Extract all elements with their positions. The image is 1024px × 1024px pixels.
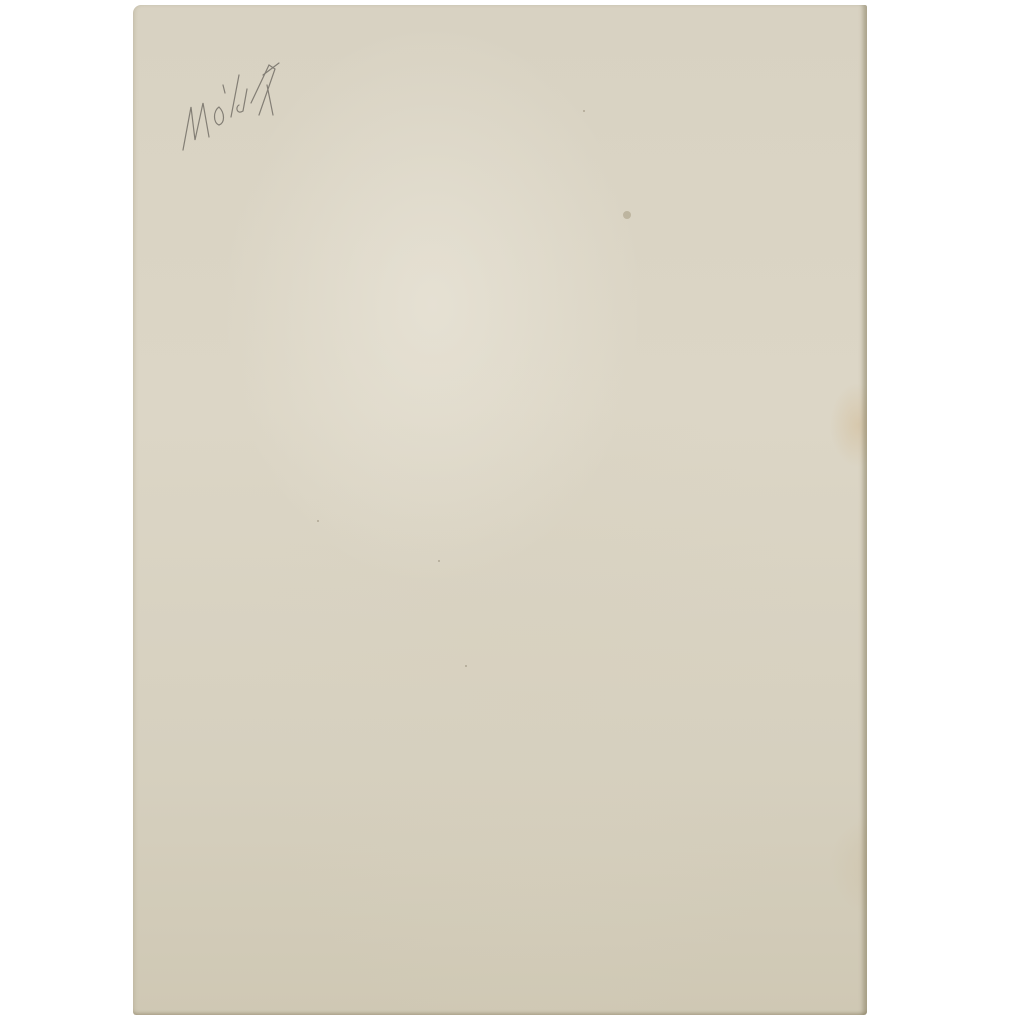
paper-speck: [583, 110, 585, 112]
paper-sheet: [133, 5, 867, 1015]
paper-speck: [623, 211, 631, 219]
pencil-signature: [173, 45, 283, 155]
photo-stage: [0, 0, 1024, 1024]
paper-speck: [317, 520, 319, 522]
paper-speck: [438, 560, 440, 562]
paper-speck: [465, 665, 467, 667]
